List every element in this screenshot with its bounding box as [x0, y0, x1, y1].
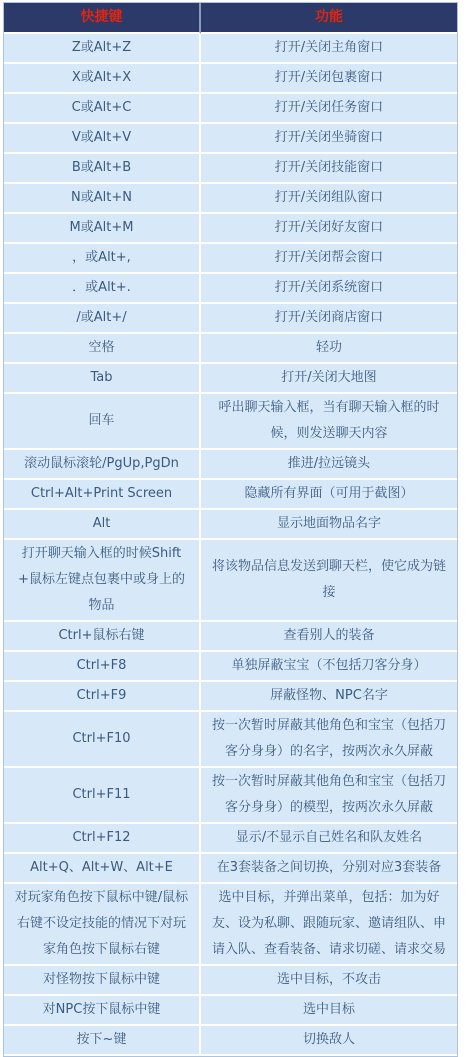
table-row: ．或Alt+.打开/关闭系统窗口 [4, 274, 457, 304]
table-row: 对怪物按下鼠标中键选中目标，不攻击 [4, 966, 457, 996]
page: 快捷键 功能 Z或Alt+Z打开/关闭主角窗口X或Alt+X打开/关闭包裹窗口C… [0, 0, 467, 1047]
function-cell: 打开/关闭技能窗口 [201, 154, 457, 184]
table-row: Ctrl+F10按一次暂时屏蔽其他角色和宝宝（包括刀客分身身）的名字，按两次永久… [4, 712, 457, 768]
function-cell: 打开/关闭组队窗口 [201, 184, 457, 214]
function-cell: 将该物品信息发送到聊天栏，使它成为链接 [201, 540, 457, 622]
header-row: 快捷键 功能 [4, 3, 457, 34]
function-cell: 打开/关闭好友窗口 [201, 214, 457, 244]
table-row: Ctrl+F11按一次暂时屏蔽其他角色和宝宝（包括刀客分身身）的模型，按两次永久… [4, 768, 457, 824]
shortcut-cell: 回车 [4, 394, 201, 450]
shortcut-cell: Ctrl+F9 [4, 682, 201, 712]
table-row: 按下~键切换敌人 [4, 1026, 457, 1056]
table-row: Alt显示地面物品名字 [4, 510, 457, 540]
shortcut-cell: Alt [4, 510, 201, 540]
function-cell: 按一次暂时屏蔽其他角色和宝宝（包括刀客分身身）的名字，按两次永久屏蔽 [201, 712, 457, 768]
function-cell: 打开/关闭包裹窗口 [201, 64, 457, 94]
shortcut-cell: ．或Alt+. [4, 274, 201, 304]
table-row: N或Alt+N打开/关闭组队窗口 [4, 184, 457, 214]
function-cell: 呼出聊天输入框，当有聊天输入框的时候，则发送聊天内容 [201, 394, 457, 450]
shortcut-cell: C或Alt+C [4, 94, 201, 124]
function-cell: 轻功 [201, 334, 457, 364]
shortcut-cell: 按下~键 [4, 1026, 201, 1056]
shortcut-table: 快捷键 功能 Z或Alt+Z打开/关闭主角窗口X或Alt+X打开/关闭包裹窗口C… [3, 2, 458, 1057]
table-row: Ctrl+F12显示/不显示自己姓名和队友姓名 [4, 824, 457, 854]
function-cell: 打开/关闭商店窗口 [201, 304, 457, 334]
function-cell: 打开/关闭帮会窗口 [201, 244, 457, 274]
shortcut-cell: V或Alt+V [4, 124, 201, 154]
shortcut-cell: Ctrl+F11 [4, 768, 201, 824]
table-row: Ctrl+Alt+Print Screen隐藏所有界面（可用于截图） [4, 480, 457, 510]
shortcut-cell: Z或Alt+Z [4, 34, 201, 64]
shortcut-cell: 对NPC按下鼠标中键 [4, 996, 201, 1026]
function-cell: 打开/关闭坐骑窗口 [201, 124, 457, 154]
function-cell: 推进/拉远镜头 [201, 450, 457, 480]
shortcut-cell: 滚动鼠标滚轮/PgUp,PgDn [4, 450, 201, 480]
shortcut-table-header: 快捷键 功能 [4, 3, 457, 34]
shortcut-cell: 对玩家角色按下鼠标中键/鼠标右键不设定技能的情况下对玩家角色按下鼠标右键 [4, 884, 201, 966]
function-cell: 打开/关闭系统窗口 [201, 274, 457, 304]
shortcut-cell: 打开聊天输入框的时候Shift+鼠标左键点包裹中或身上的物品 [4, 540, 201, 622]
function-cell: 选中目标 [201, 996, 457, 1026]
table-row: Z或Alt+Z打开/关闭主角窗口 [4, 34, 457, 64]
table-row: 空格轻功 [4, 334, 457, 364]
function-cell: 打开/关闭主角窗口 [201, 34, 457, 64]
function-cell: 显示/不显示自己姓名和队友姓名 [201, 824, 457, 854]
table-row: Ctrl+鼠标右键查看别人的装备 [4, 622, 457, 652]
table-row: Tab打开/关闭大地图 [4, 364, 457, 394]
table-row: Alt+Q、Alt+W、Alt+E在3套装备之间切换，分别对应3套装备 [4, 854, 457, 884]
shortcut-cell: N或Alt+N [4, 184, 201, 214]
shortcut-cell: /或Alt+/ [4, 304, 201, 334]
function-cell: 切换敌人 [201, 1026, 457, 1056]
table-row: 对玩家角色按下鼠标中键/鼠标右键不设定技能的情况下对玩家角色按下鼠标右键选中目标… [4, 884, 457, 966]
table-row: V或Alt+V打开/关闭坐骑窗口 [4, 124, 457, 154]
function-cell: 选中目标，并弹出菜单，包括：加为好友、设为私聊、跟随玩家、邀请组队、申请入队、查… [201, 884, 457, 966]
function-cell: 屏蔽怪物、NPC名字 [201, 682, 457, 712]
table-row: 打开聊天输入框的时候Shift+鼠标左键点包裹中或身上的物品将该物品信息发送到聊… [4, 540, 457, 622]
shortcut-cell: B或Alt+B [4, 154, 201, 184]
function-cell: 查看别人的装备 [201, 622, 457, 652]
function-cell: 显示地面物品名字 [201, 510, 457, 540]
shortcut-cell: X或Alt+X [4, 64, 201, 94]
shortcut-cell: Alt+Q、Alt+W、Alt+E [4, 854, 201, 884]
function-cell: 在3套装备之间切换，分别对应3套装备 [201, 854, 457, 884]
table-row: ，或Alt+,打开/关闭帮会窗口 [4, 244, 457, 274]
table-row: B或Alt+B打开/关闭技能窗口 [4, 154, 457, 184]
function-cell: 隐藏所有界面（可用于截图） [201, 480, 457, 510]
shortcut-cell: Ctrl+F10 [4, 712, 201, 768]
table-row: Ctrl+F8单独屏蔽宝宝（不包括刀客分身） [4, 652, 457, 682]
shortcut-table-body: Z或Alt+Z打开/关闭主角窗口X或Alt+X打开/关闭包裹窗口C或Alt+C打… [4, 34, 457, 1056]
shortcut-cell: 空格 [4, 334, 201, 364]
shortcut-cell: Ctrl+F12 [4, 824, 201, 854]
table-row: Ctrl+F9屏蔽怪物、NPC名字 [4, 682, 457, 712]
shortcut-cell: Ctrl+F8 [4, 652, 201, 682]
shortcut-cell: 对怪物按下鼠标中键 [4, 966, 201, 996]
table-row: 对NPC按下鼠标中键选中目标 [4, 996, 457, 1026]
table-row: C或Alt+C打开/关闭任务窗口 [4, 94, 457, 124]
function-cell: 按一次暂时屏蔽其他角色和宝宝（包括刀客分身身）的模型，按两次永久屏蔽 [201, 768, 457, 824]
shortcut-cell: M或Alt+M [4, 214, 201, 244]
header-shortcut-key: 快捷键 [4, 3, 201, 34]
function-cell: 打开/关闭任务窗口 [201, 94, 457, 124]
header-function: 功能 [201, 3, 457, 34]
shortcut-cell: ，或Alt+, [4, 244, 201, 274]
shortcut-cell: Ctrl+鼠标右键 [4, 622, 201, 652]
table-row: /或Alt+/打开/关闭商店窗口 [4, 304, 457, 334]
table-row: 滚动鼠标滚轮/PgUp,PgDn推进/拉远镜头 [4, 450, 457, 480]
function-cell: 打开/关闭大地图 [201, 364, 457, 394]
table-row: X或Alt+X打开/关闭包裹窗口 [4, 64, 457, 94]
function-cell: 选中目标，不攻击 [201, 966, 457, 996]
table-row: 回车呼出聊天输入框，当有聊天输入框的时候，则发送聊天内容 [4, 394, 457, 450]
shortcut-cell: Tab [4, 364, 201, 394]
shortcut-cell: Ctrl+Alt+Print Screen [4, 480, 201, 510]
table-row: M或Alt+M打开/关闭好友窗口 [4, 214, 457, 244]
function-cell: 单独屏蔽宝宝（不包括刀客分身） [201, 652, 457, 682]
